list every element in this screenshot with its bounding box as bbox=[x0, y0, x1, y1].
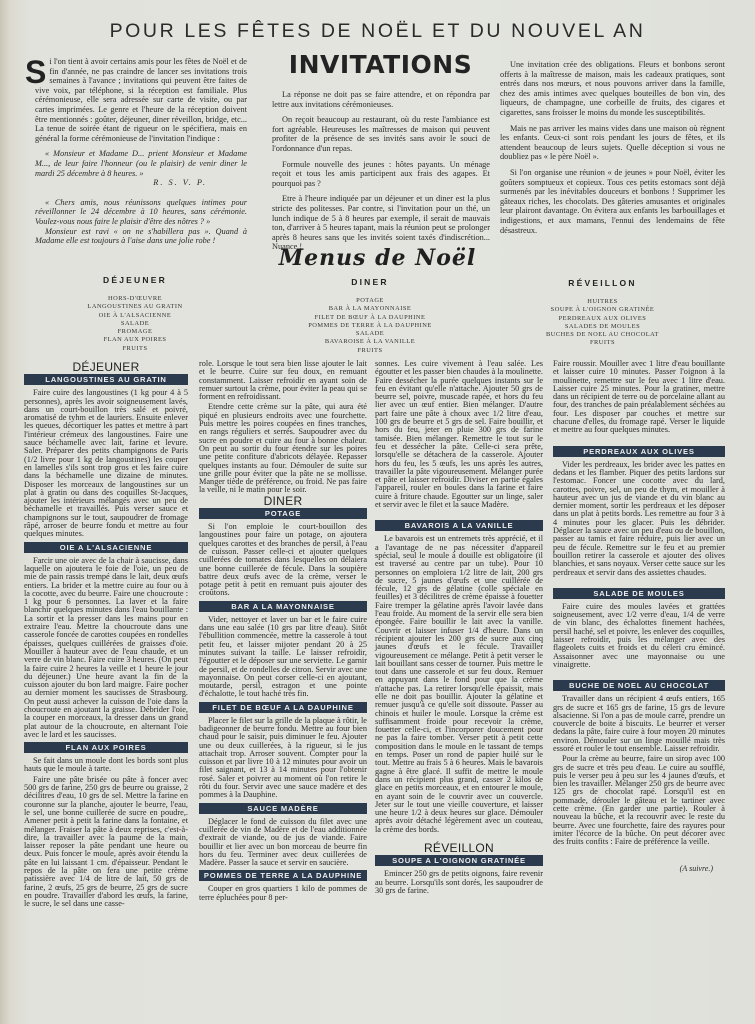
menu-item: Bar à la mayonnaise bbox=[290, 305, 450, 313]
recipe-column-2: role. Lorsque le tout sera bien lisse aj… bbox=[199, 360, 367, 904]
recipe-title-langoustines: LANGOUSTINES AU GRATIN bbox=[24, 374, 188, 385]
recipe-title-filet: FILET DE BŒUF A LA DAUPHINE bbox=[199, 702, 367, 713]
intro-paragraph: Une invitation crée des obligations. Fle… bbox=[500, 60, 725, 118]
recipe-text: Déglacer le fond de cuisson du filet ave… bbox=[199, 818, 367, 868]
recipe-column-1: DÉJEUNER LANGOUSTINES AU GRATIN Faire cu… bbox=[24, 361, 188, 911]
recipe-text: Si l'on emploie le court-bouillon des la… bbox=[199, 523, 367, 598]
menu-item: Flan aux poires bbox=[60, 336, 210, 344]
menu-item: Fruits bbox=[290, 347, 450, 355]
section-title-diner: DINER bbox=[199, 497, 367, 505]
recipe-title-moules: SALADE DE MOULES bbox=[553, 588, 725, 599]
menu-dejeuner: DÉJEUNER Hors-d'œuvre Langoustines au gr… bbox=[60, 275, 210, 353]
intro-middle-column: La réponse ne doit pas se faire attendre… bbox=[272, 90, 490, 258]
menu-item: Oie à l'alsacienne bbox=[60, 312, 210, 320]
recipe-text: Farcir une oie avec de la chair à saucis… bbox=[24, 557, 188, 740]
intro-paragraph: Si l'on organise une réunion « de jeunes… bbox=[500, 168, 725, 235]
recipe-text: Couper en gros quartiers 1 kilo de pomme… bbox=[199, 885, 367, 902]
recipe-text: Vider les perdreaux, les brider avec les… bbox=[553, 461, 725, 577]
menu-item: Salades de moules bbox=[535, 323, 670, 331]
menu-item: Perdreaux aux olives bbox=[535, 315, 670, 323]
page-title: INVITATIONS bbox=[268, 50, 493, 79]
recipe-title-buche: BUCHE DE NOEL AU CHOCOLAT bbox=[553, 680, 725, 691]
to-be-continued: (A suivre.) bbox=[553, 865, 725, 873]
menus-title: Menus de Noël bbox=[0, 245, 755, 271]
menu-diner: DINER Potage Bar à la mayonnaise Filet d… bbox=[290, 277, 450, 355]
intro-paragraph: Formule nouvelle des jeunes : hôtes paya… bbox=[272, 160, 490, 189]
menu-item: Fruits bbox=[60, 345, 210, 353]
rsvp: R. S. V. P. bbox=[35, 178, 247, 188]
intro-left-column: Si l'on tient à avoir certains amis pour… bbox=[35, 57, 247, 252]
intro-paragraph: La réponse ne doit pas se faire attendre… bbox=[272, 90, 490, 109]
recipe-text: Faire cuire des langoustines (1 kg pour … bbox=[24, 389, 188, 538]
intro-paragraph: Si l'on tient à avoir certains amis pour… bbox=[35, 57, 247, 143]
menu-heading: RÉVEILLON bbox=[535, 278, 670, 288]
menu-item: Buches de Noel au chocolat bbox=[535, 331, 670, 339]
recipe-title-madere: SAUCE MADÈRE bbox=[199, 803, 367, 814]
intro-paragraph: On reçoit beaucoup au restaurant, où du … bbox=[272, 115, 490, 153]
recipe-text: Faire une pâte brisée ou pâte à foncer a… bbox=[24, 776, 188, 909]
recipe-column-4: Faire roussir. Mouiller avec 1 litre d'e… bbox=[553, 360, 725, 873]
recipe-text: Travailler dans un récipient 4 œufs enti… bbox=[553, 695, 725, 753]
section-title-dejeuner: DÉJEUNER bbox=[24, 363, 188, 371]
recipe-text: Faire roussir. Mouiller avec 1 litre d'e… bbox=[553, 360, 725, 435]
recipe-title-flan: FLAN AUX POIRES bbox=[24, 742, 188, 753]
invitation-example: « Chers amis, nous réunissons quelques i… bbox=[35, 198, 247, 227]
menu-item: Soupe à l'oignon gratinée bbox=[535, 306, 670, 314]
recipe-text: sonnes. Les cuire vivement à l'eau salée… bbox=[375, 360, 543, 509]
recipe-title-perdreaux: PERDREAUX AUX OLIVES bbox=[553, 446, 725, 457]
recipe-text: Se fait dans un moule dont les bords son… bbox=[24, 757, 188, 774]
recipe-text: Vider, nettoyer et laver un bar et le fa… bbox=[199, 616, 367, 699]
page-supertitle: POUR LES FÊTES DE NOËL ET DU NOUVEL AN bbox=[0, 20, 755, 43]
recipe-text: role. Lorsque le tout sera bien lisse aj… bbox=[199, 360, 367, 401]
recipe-text: Le bavarois est un entremets très appréc… bbox=[375, 535, 543, 834]
recipe-text: Pour la crème au beurre, faire un sirop … bbox=[553, 755, 725, 846]
intro-right-column: Une invitation crée des obligations. Fle… bbox=[500, 60, 725, 241]
recipe-title-oie: OIE A L'ALSACIENNE bbox=[24, 542, 188, 553]
menu-item: Salade bbox=[60, 320, 210, 328]
recipe-text: Etendre cette crème sur la pâte, qui aur… bbox=[199, 403, 367, 494]
intro-paragraph: Mais ne pas arriver les mains vides dans… bbox=[500, 124, 725, 162]
recipe-text: Faire cuire des moules lavées et grattée… bbox=[553, 603, 725, 669]
menu-item: Bavaroise à la vanille bbox=[290, 338, 450, 346]
section-title-reveillon: RÉVEILLON bbox=[375, 844, 543, 852]
recipe-title-bavarois: BAVAROIS A LA VANILLE bbox=[375, 520, 543, 531]
invitation-note: Monsieur est ravi « on ne s'habillera pa… bbox=[35, 227, 247, 246]
intro-paragraph: Etre à l'heure indiquée par un déjeuner … bbox=[272, 194, 490, 252]
drop-cap: S bbox=[25, 59, 46, 85]
invitation-example: « Monsieur et Madame D... prient Monsieu… bbox=[35, 149, 247, 178]
recipe-text: Placer le filet sur la grille de la plaq… bbox=[199, 717, 367, 800]
menu-item: Filet de bœuf à la dauphine bbox=[290, 314, 450, 322]
menu-reveillon: RÉVEILLON Huitres Soupe à l'oignon grati… bbox=[535, 278, 670, 348]
menu-heading: DINER bbox=[290, 277, 450, 287]
menu-item: Hors-d'œuvre bbox=[60, 295, 210, 303]
recipe-title-pommes: POMMES DE TERRE A LA DAUPHINE bbox=[199, 870, 367, 881]
menu-item: Fromage bbox=[60, 328, 210, 336]
menu-heading: DÉJEUNER bbox=[60, 275, 210, 285]
menu-item: Langoustines au gratin bbox=[60, 303, 210, 311]
menu-item: Fruits bbox=[535, 339, 670, 347]
recipe-text: Emincer 250 grs de petits oignons, faire… bbox=[375, 870, 543, 895]
recipe-column-3: sonnes. Les cuire vivement à l'eau salée… bbox=[375, 360, 543, 897]
menu-item: Pommes de terre à la dauphine bbox=[290, 322, 450, 330]
recipe-title-potage: POTAGE bbox=[199, 508, 367, 519]
magazine-page: POUR LES FÊTES DE NOËL ET DU NOUVEL AN I… bbox=[0, 0, 755, 1024]
recipe-title-bar: BAR A LA MAYONNAISE bbox=[199, 601, 367, 612]
recipe-title-soupe: SOUPE A L'OIGNON GRATINÉE bbox=[375, 855, 543, 866]
